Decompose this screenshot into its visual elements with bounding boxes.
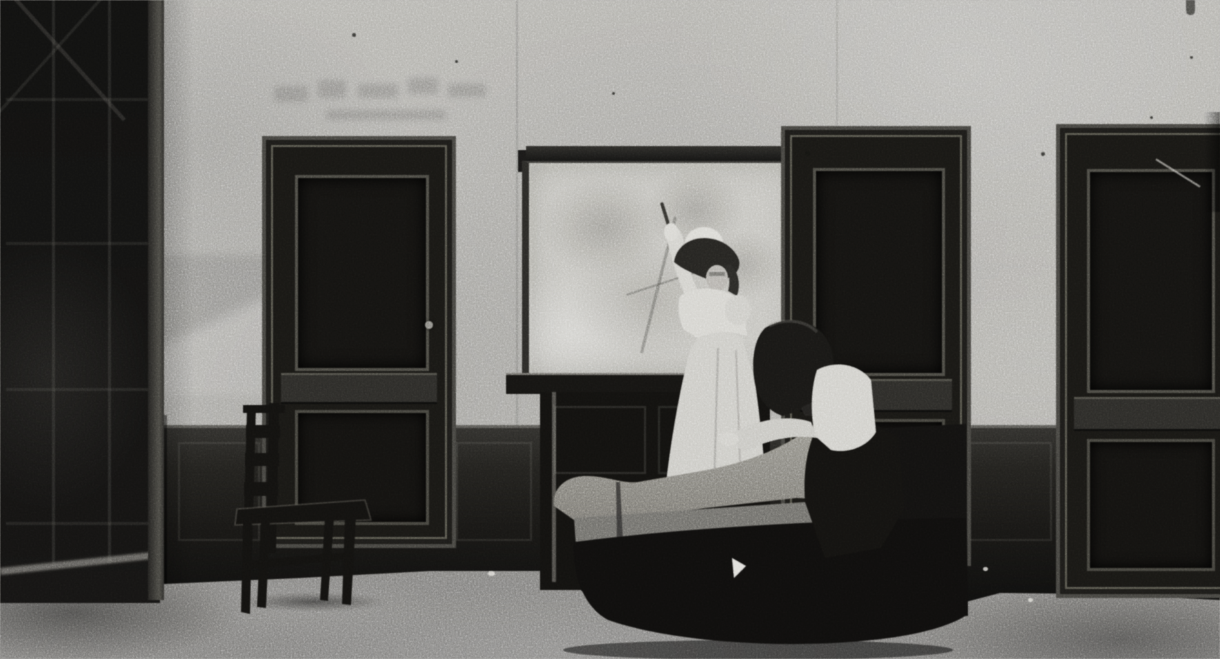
emulsion-speck (983, 567, 988, 571)
emulsion-speck (352, 33, 356, 37)
mullion (6, 98, 150, 101)
frame-edge-shadow (1204, 112, 1220, 212)
wainscot-panel (968, 442, 1052, 541)
emulsion-speck (612, 92, 615, 95)
emulsion-speck (1041, 152, 1045, 156)
door-upper-panel (1087, 169, 1214, 393)
photograph-content (0, 0, 1220, 659)
emulsion-speck (488, 571, 495, 576)
room-corner-line (164, 415, 167, 600)
emulsion-speck (805, 151, 810, 156)
side-chair (233, 403, 378, 618)
door-jamb (148, 0, 164, 600)
forearm (731, 418, 817, 452)
face (706, 265, 728, 291)
door-bottom-highlight (0, 552, 152, 575)
wall-seam (516, 0, 518, 425)
shirt-back (812, 365, 876, 451)
door-lock-rail (281, 373, 436, 404)
chair-silhouette (235, 403, 371, 614)
door-lower-panel (1087, 439, 1214, 571)
mullion (6, 242, 150, 245)
emulsion-speck (1150, 116, 1153, 119)
glazing-brace (0, 0, 126, 121)
panel-door-far-right (1056, 124, 1220, 598)
glazing-brace (0, 0, 120, 121)
mullion (6, 388, 150, 391)
wainscot-panel (456, 442, 532, 541)
glazed-door-left (0, 0, 160, 603)
mullion (6, 522, 150, 525)
mullion (52, 0, 55, 563)
hand (664, 223, 678, 241)
ghost-marking (266, 58, 504, 140)
eyes-shadow (709, 272, 725, 276)
film-still-scene (0, 0, 1220, 659)
mullion (108, 0, 111, 563)
emulsion-speck (1190, 56, 1193, 59)
door-upper-panel (295, 175, 429, 371)
emulsion-speck (455, 60, 458, 63)
frame-edge-nick (1186, 0, 1195, 15)
door-lock-rail (1074, 397, 1220, 432)
wall-seam (836, 0, 838, 128)
emulsion-speck (1028, 598, 1033, 602)
man-figure (713, 312, 968, 578)
hand (719, 432, 739, 446)
